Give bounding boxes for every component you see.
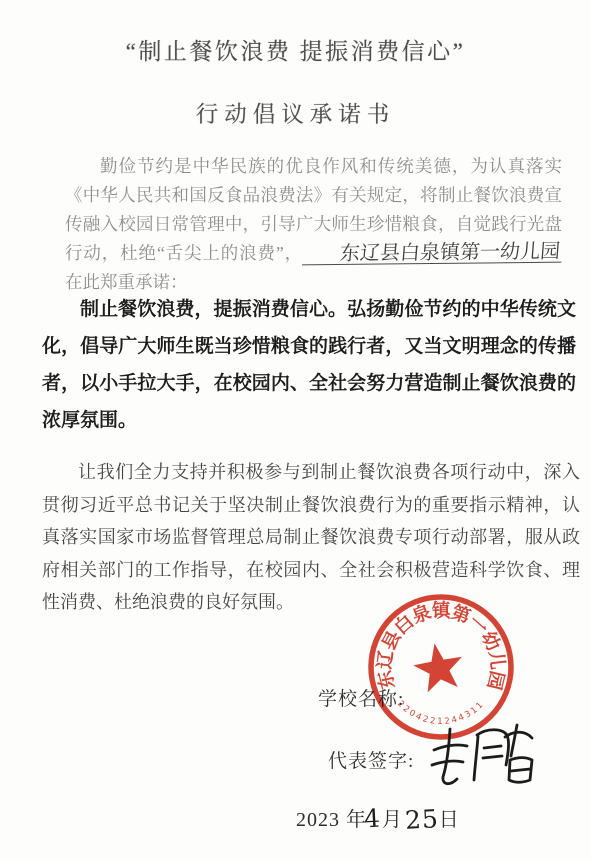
paragraph-commitment: 制止餐饮浪费，提振消费信心。弘扬勤俭节约的中华传统文化，倡导广大师生既当珍惜粮食… [42, 291, 576, 439]
handwritten-school-name: 东辽县白泉镇第一幼儿园 [302, 240, 563, 266]
paragraph-intro-text-after: 在此郑重承诺： [65, 272, 188, 292]
date-month-handwritten: 4 [363, 804, 381, 834]
document-title: “制止餐饮浪费 提振消费信心” [0, 33, 591, 66]
date-year-printed: 2023 年 [296, 809, 367, 831]
document-subtitle: 行动倡议承诺书 [0, 97, 591, 129]
date-day-handwritten: 25 [404, 804, 439, 835]
date-day-printed: 日 [439, 809, 460, 831]
red-star-icon [410, 639, 467, 694]
representative-signature [420, 720, 538, 798]
pledge-document-page: “制止餐饮浪费 提振消费信心” 行动倡议承诺书 勤俭节约是中华民族的优良作风和传… [0, 0, 591, 859]
date-month-printed: 月 [382, 809, 403, 831]
date-line: 2023 年4月25日 [296, 803, 460, 832]
representative-signature-label: 代表签字: [328, 746, 414, 773]
paragraph-intro: 勤俭节约是中华民族的优良作风和传统美德，为认真落实《中华人民共和国反食品浪费法》… [65, 152, 562, 297]
